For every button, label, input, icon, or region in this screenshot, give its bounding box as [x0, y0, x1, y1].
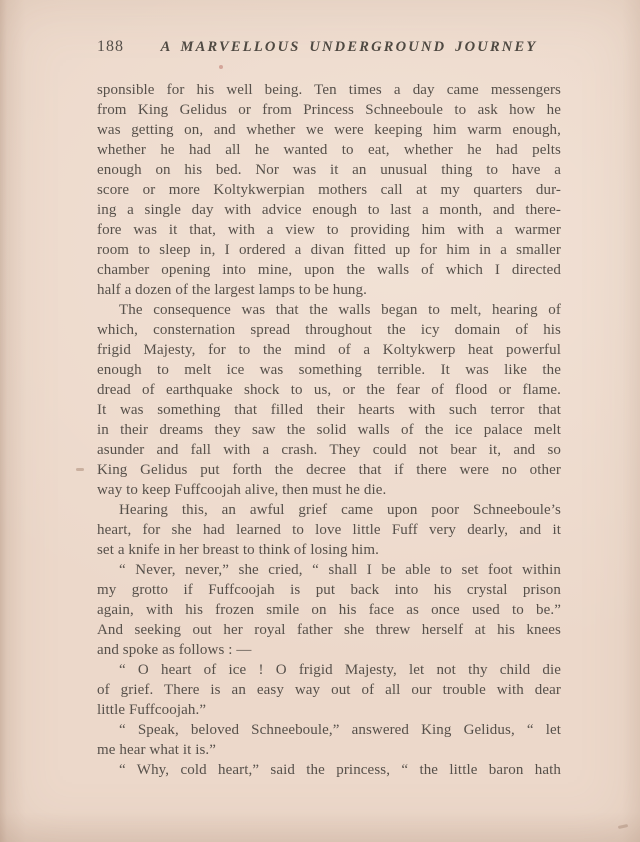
text-line: which, consternation spread throughout t… — [97, 320, 561, 340]
text-line: Hearing this, an awful grief came upon p… — [97, 500, 561, 520]
text-line: King Gelidus put forth the decree that i… — [97, 460, 561, 480]
book-page: 188 A MARVELLOUS UNDERGROUND JOURNEY spo… — [0, 0, 640, 842]
text-line: little Fuffcoojah.” — [97, 700, 561, 720]
text-line: fore was it that, with a view to providi… — [97, 220, 561, 240]
text-line: And seeking out her royal father she thr… — [97, 620, 561, 640]
text-line: score or more Koltykwerpian mothers call… — [97, 180, 561, 200]
text-line: frigid Majesty, for to the mind of a Kol… — [97, 340, 561, 360]
text-line: and spoke as follows : — — [97, 640, 561, 660]
text-line: in their dreams they saw the solid walls… — [97, 420, 561, 440]
text-line: sponsible for his well being. Ten times … — [97, 80, 561, 100]
text-line: It was something that filled their heart… — [97, 400, 561, 420]
paper-speck — [219, 65, 223, 69]
text-line: was getting on, and whether we were keep… — [97, 120, 561, 140]
running-header: A MARVELLOUS UNDERGROUND JOURNEY — [137, 39, 561, 56]
text-line: The consequence was that the walls began… — [97, 300, 561, 320]
text-line: of grief. There is an easy way out of al… — [97, 680, 561, 700]
margin-mark — [76, 468, 84, 471]
text-block: sponsible for his well being. Ten times … — [97, 80, 561, 780]
text-line: again, with his frozen smile on his face… — [97, 600, 561, 620]
text-line: “ O heart of ice ! O frigid Majesty, let… — [97, 660, 561, 680]
text-line: enough to melt ice was something terribl… — [97, 360, 561, 380]
text-line: whether he had all he wanted to eat, whe… — [97, 140, 561, 160]
text-line: ing a single day with advice enough to l… — [97, 200, 561, 220]
text-line: my grotto if Fuffcoojah is put back into… — [97, 580, 561, 600]
text-line: me hear what it is.” — [97, 740, 561, 760]
text-line: “ Speak, beloved Schneeboule,” answered … — [97, 720, 561, 740]
text-line: heart, for she had learned to love littl… — [97, 520, 561, 540]
text-line: half a dozen of the largest lamps to be … — [97, 280, 561, 300]
text-line: “ Why, cold heart,” said the princess, “… — [97, 760, 561, 780]
text-line: chamber opening into mine, upon the wall… — [97, 260, 561, 280]
text-line: enough on his bed. Nor was it an unusual… — [97, 160, 561, 180]
text-line: set a knife in her breast to think of lo… — [97, 540, 561, 560]
text-line: asunder and fall with a crash. They coul… — [97, 440, 561, 460]
text-line: way to keep Fuffcoojah alive, then must … — [97, 480, 561, 500]
corner-mark — [618, 824, 628, 829]
page-header: 188 A MARVELLOUS UNDERGROUND JOURNEY — [97, 38, 561, 60]
text-line: dread of earthquake shock to us, or the … — [97, 380, 561, 400]
text-line: from King Gelidus or from Princess Schne… — [97, 100, 561, 120]
page-number: 188 — [97, 38, 124, 56]
text-line: room to sleep in, I ordered a divan fitt… — [97, 240, 561, 260]
text-line: “ Never, never,” she cried, “ shall I be… — [97, 560, 561, 580]
